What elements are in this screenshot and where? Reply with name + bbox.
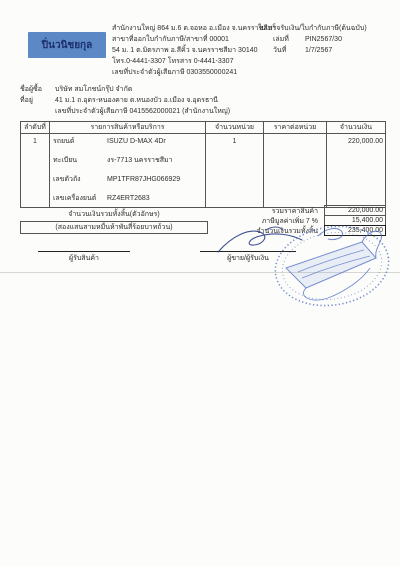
row-unit-price-cell	[263, 134, 326, 208]
plate-label: ทะเบียน	[53, 155, 107, 166]
items-table: ลำดับที่ รายการสินค้าหรือบริการ จำนวนหน่…	[20, 121, 386, 208]
col-header-quantity: จำนวนหน่วย	[205, 121, 263, 134]
amount-in-words-label: จำนวนเงินรวมทั้งสิ้น(ตัวอักษร)	[20, 209, 208, 220]
buyer-name: บริษัท สมโภชน์กรุ๊ป จำกัด	[55, 84, 132, 95]
vehicle-label: รถยนต์	[53, 136, 107, 147]
col-header-amount: จำนวนเงิน	[326, 121, 386, 134]
seller-branch-line: สาขาที่ออกใบกำกับภาษี/สาขาที่ 00001	[112, 34, 262, 45]
seller-head-office-line: สำนักงานใหญ่ 864 ม.6 ต.จอหอ อ.เมือง จ.นค…	[112, 23, 262, 34]
date-value: 1/7/2567	[305, 45, 332, 56]
receipt-page: ปิ่นวนิชยกุล สำนักงานใหญ่ 864 ม.6 ต.จอหอ…	[0, 0, 400, 566]
document-title: ใบเสร็จรับเงิน/ใบกำกับภาษี(ต้นฉบับ)	[258, 23, 396, 34]
engine-label: เลขเครื่องยนต์	[53, 193, 107, 204]
row-description-cell: รถยนต์ ISUZU D-MAX 4Dr ทะเบียน งร-7713 น…	[49, 134, 205, 208]
vehicle-value: ISUZU D-MAX 4Dr	[107, 136, 166, 147]
plate-value: งร-7713 นครราชสีมา	[107, 155, 173, 166]
company-stamp-icon	[270, 214, 394, 314]
row-amount-cell: 220,000.00	[326, 134, 386, 208]
buyer-info: ชื่อผู้ซื้อ บริษัท สมโภชน์กรุ๊ป จำกัด ที…	[20, 84, 350, 117]
buyer-tax-id-line: เลขที่ประจำตัวผู้เสียภาษี 0415562000021 …	[55, 106, 230, 117]
receiver-signature-label: ผู้รับสินค้า	[38, 252, 130, 264]
amount-in-words-value: (สองแสนสามหมื่นห้าพันสี่ร้อยบาทถ้วน)	[20, 221, 208, 234]
items-table-header: ลำดับที่ รายการสินค้าหรือบริการ จำนวนหน่…	[20, 121, 386, 134]
col-header-description: รายการสินค้าหรือบริการ	[49, 121, 205, 134]
row-quantity-cell: 1	[205, 134, 263, 208]
buyer-address: 41 ม.1 ถ.อุดร-หนองคาย ต.หนองบัว อ.เมือง …	[55, 95, 218, 106]
buyer-address-label: ที่อยู่	[20, 95, 55, 106]
company-logo: ปิ่นวนิชยกุล	[28, 32, 106, 58]
chassis-label: เลขตัวถัง	[53, 174, 107, 185]
chassis-value: MP1TFR87JHG066929	[107, 174, 180, 185]
company-logo-text: ปิ่นวนิชยกุล	[42, 40, 92, 51]
amount-in-words: จำนวนเงินรวมทั้งสิ้น(ตัวอักษร) (สองแสนสา…	[20, 209, 208, 234]
col-header-index: ลำดับที่	[20, 121, 49, 134]
row-index-cell: 1	[20, 134, 49, 208]
book-number-label: เล่มที่	[273, 34, 305, 45]
engine-value: RZ4ERT2683	[107, 193, 150, 204]
book-number-value: PIN2567/30	[305, 34, 342, 45]
document-meta: ใบเสร็จรับเงิน/ใบกำกับภาษี(ต้นฉบับ) เล่ม…	[258, 23, 396, 56]
date-label: วันที่	[273, 45, 305, 56]
seller-phone-line: โทร.0-4441-3307 โทรสาร 0-4441-3307	[112, 56, 262, 67]
col-header-unit-price: ราคาต่อหน่วย	[263, 121, 326, 134]
seller-tax-id-line: เลขที่ประจำตัวผู้เสียภาษี 0303550000241	[112, 67, 262, 78]
buyer-name-label: ชื่อผู้ซื้อ	[20, 84, 55, 95]
seller-address-line: 54 ม. 1 ต.มิตรภาพ อ.สีคิ้ว จ.นครราชสีมา …	[112, 45, 262, 56]
table-row: 1 รถยนต์ ISUZU D-MAX 4Dr ทะเบียน งร-7713…	[20, 134, 386, 208]
seller-info: สำนักงานใหญ่ 864 ม.6 ต.จอหอ อ.เมือง จ.นค…	[112, 23, 262, 78]
receiver-signature-block: ผู้รับสินค้า	[38, 251, 130, 264]
